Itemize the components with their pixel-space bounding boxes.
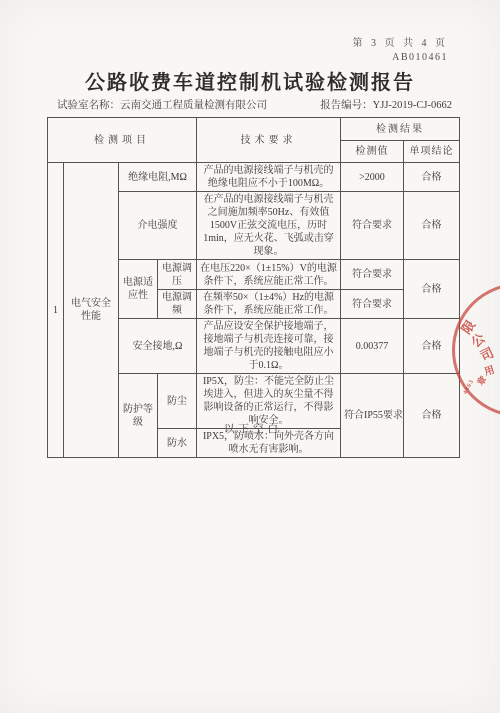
item-voltage-regulation: 电源调压 (158, 260, 197, 290)
item-safety-grounding: 安全接地,Ω (119, 319, 197, 374)
item-dielectric-strength: 介电强度 (119, 192, 197, 260)
value-dielectric-strength: 符合要求 (341, 192, 404, 260)
value-protection-rating: 符合IP55要求 (341, 374, 404, 458)
page-indicator: 第 3 页 共 4 页 (353, 34, 449, 49)
group-power-adaptability: 电源适应性 (119, 260, 158, 319)
scanned-report-page: 第 3 页 共 4 页 AB010461 公路收费车道控制机试验检测报告 试验室… (0, 0, 500, 713)
requirement-insulation-resistance: 产品的电源接线端子与机壳的绝缘电阻应不小于100MΩ。 (197, 163, 341, 192)
conclusion-dielectric-strength: 合格 (404, 192, 460, 260)
lab-name-line: 试验室名称：云南交通工程质量检测有限公司 (57, 97, 267, 112)
report-number-label: 报告编号： (320, 100, 373, 111)
header-item-conclusion: 单项结论 (404, 141, 460, 163)
header-measured-value: 检测值 (341, 141, 404, 163)
report-number-value: YJJ-2019-CJ-0662 (373, 100, 452, 111)
row-index: 1 (48, 163, 64, 458)
item-insulation-resistance: 绝缘电阻,MΩ (119, 163, 197, 192)
table-header-row: 检测项目 技术要求 检测结果 (48, 118, 460, 141)
blank-below-note: 以下空白 (47, 421, 459, 436)
requirement-safety-grounding: 产品应设安全保护接地端子，接地端子与机壳连接可靠，接地端子与机壳的接触电阻应小于… (197, 319, 341, 374)
group-protection-rating: 防护等级 (119, 374, 158, 458)
value-safety-grounding: 0.00377 (341, 319, 404, 374)
report-info-line: 试验室名称：云南交通工程质量检测有限公司 报告编号：YJJ-2019-CJ-06… (57, 97, 452, 112)
table-row: 1 电气安全性能 绝缘电阻,MΩ 产品的电源接线端子与机壳的绝缘电阻应不小于10… (48, 163, 460, 192)
test-results-table: 检测项目 技术要求 检测结果 检测值 单项结论 1 电气安全性能 绝缘电阻,MΩ… (47, 117, 460, 458)
conclusion-insulation-resistance: 合格 (404, 163, 460, 192)
lab-name-label: 试验室名称： (57, 100, 120, 111)
header-technical-requirement: 技术要求 (197, 118, 341, 163)
value-voltage-regulation: 符合要求 (341, 260, 404, 290)
header-test-item: 检测项目 (48, 118, 197, 163)
header-test-result: 检测结果 (341, 118, 460, 141)
conclusion-power-adaptability: 合格 (404, 260, 460, 319)
doc-number: AB010461 (392, 52, 448, 63)
report-number-line: 报告编号：YJJ-2019-CJ-0662 (320, 97, 452, 112)
report-title: 公路收费车道控制机试验检测报告 (0, 66, 500, 95)
value-insulation-resistance: >2000 (341, 163, 404, 192)
item-frequency-regulation: 电源调频 (158, 290, 197, 319)
category-electrical-safety: 电气安全性能 (64, 163, 119, 458)
requirement-frequency-regulation: 在频率50×（1±4%）Hz的电源条件下，系统应能正常工作。 (197, 290, 341, 319)
value-frequency-regulation: 符合要求 (341, 290, 404, 319)
conclusion-protection-rating: 合格 (404, 374, 460, 458)
lab-name-value: 云南交通工程质量检测有限公司 (120, 100, 267, 111)
requirement-voltage-regulation: 在电压220×（1±15%）V的电源条件下，系统应能正常工作。 (197, 260, 341, 290)
requirement-dielectric-strength: 在产品的电源接线端子与机壳之间施加频率50Hz、有效值1500V正弦交流电压，历… (197, 192, 341, 260)
